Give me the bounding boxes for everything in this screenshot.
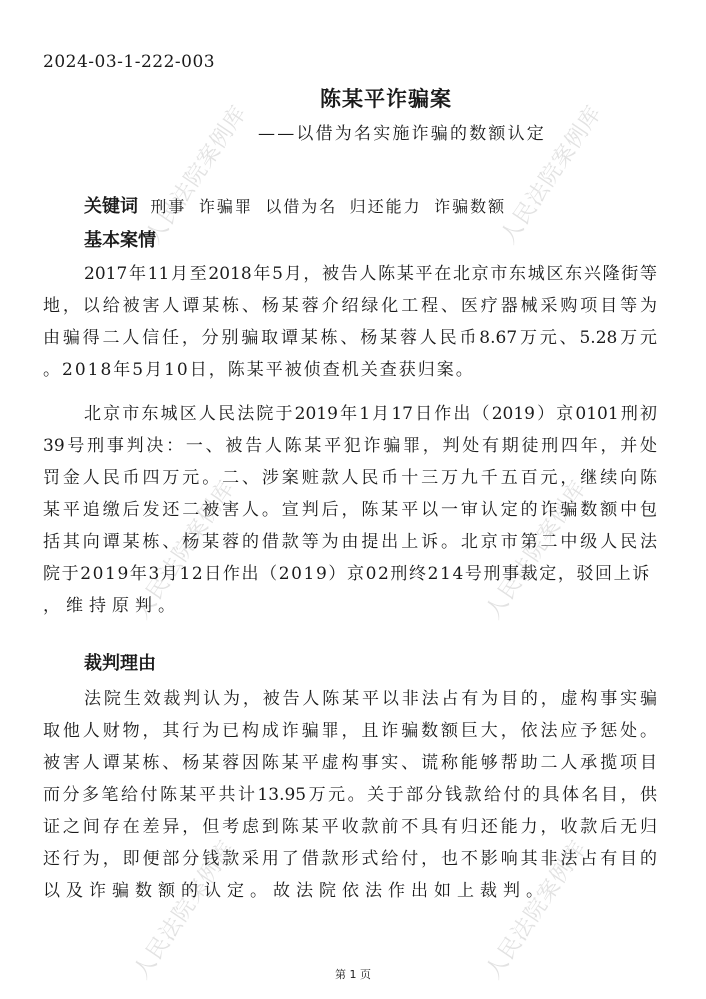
case-id: 2024-03-1-222-003 bbox=[43, 51, 215, 73]
paragraph-line: 某平追缴后发还二被害人。宣判后，陈某平以一审认定的诈骗数额中包 bbox=[43, 499, 657, 521]
keyword: 归还能力 bbox=[350, 197, 422, 216]
paragraph-line: 2017年11月至2018年5月，被告人陈某平在北京市东城区东兴隆街等 bbox=[84, 263, 657, 285]
paragraph-line: 括其向谭某栋、杨某蓉的借款等为由提出上诉。北京市第二中级人民法 bbox=[43, 531, 657, 553]
paragraph-line: 以及诈骗数额的认定。故法院依法作出如上裁判。 bbox=[43, 880, 657, 902]
keyword: 刑事 bbox=[150, 197, 186, 216]
page-number: 第 1 页 bbox=[0, 964, 706, 986]
paragraph-line: 被害人谭某栋、杨某蓉因陈某平虚构事实、谎称能够帮助二人承揽项目 bbox=[43, 752, 657, 774]
section-heading: 裁判理由 bbox=[84, 653, 156, 675]
keywords-label: 关键词 bbox=[84, 196, 138, 217]
paragraph-line: 由骗得二人信任，分别骗取谭某栋、杨某蓉人民币8.67万元、5.28万元 bbox=[43, 327, 657, 349]
paragraph-line: 还行为，即便部分钱款采用了借款形式给付，也不影响其非法占有目的 bbox=[43, 848, 657, 870]
keyword: 以借为名 bbox=[265, 197, 337, 216]
watermark: 人民法院案例库 bbox=[137, 98, 253, 249]
paragraph-line: 北京市东城区人民法院于2019年1月17日作出（2019）京0101刑初 bbox=[84, 403, 657, 425]
paragraph-line: 39号刑事判决：一、被告人陈某平犯诈骗罪，判处有期徒刑四年，并处 bbox=[43, 435, 657, 457]
document-page: 人民法院案例库 人民法院案例库 人民法院案例库 人民法院案例库 人民法院案例库 … bbox=[0, 0, 706, 999]
paragraph-line: ，维持原判。 bbox=[43, 595, 657, 617]
keyword: 诈骗罪 bbox=[199, 197, 253, 216]
keywords-row: 关键词 刑事 诈骗罪 以借为名 归还能力 诈骗数额 bbox=[84, 196, 506, 218]
section-heading: 基本案情 bbox=[84, 230, 156, 252]
paragraph-line: 。2018年5月10日，陈某平被侦查机关查获归案。 bbox=[43, 359, 657, 381]
paragraph-line: 院于2019年3月12日作出（2019）京02刑终214号刑事裁定，驳回上诉 bbox=[43, 563, 657, 585]
paragraph-line: 而分多笔给付陈某平共计13.95万元。关于部分钱款给付的具体名目，供 bbox=[43, 784, 657, 806]
page-title: 陈某平诈骗案 bbox=[0, 88, 706, 110]
keyword: 诈骗数额 bbox=[434, 197, 506, 216]
paragraph-line: 法院生效裁判认为，被告人陈某平以非法占有为目的，虚构事实骗 bbox=[84, 688, 657, 710]
paragraph-line: 取他人财物，其行为已构成诈骗罪，且诈骗数额巨大，依法应予惩处。 bbox=[43, 720, 657, 742]
paragraph-line: 地，以给被害人谭某栋、杨某蓉介绍绿化工程、医疗器械采购项目等为 bbox=[43, 295, 657, 317]
page-subtitle: ——以借为名实施诈骗的数额认定 bbox=[258, 123, 546, 145]
watermark: 人民法院案例库 bbox=[492, 98, 608, 249]
paragraph-line: 证之间存在差异，但考虑到陈某平收款前不具有归还能力，收款后无归 bbox=[43, 816, 657, 838]
paragraph-line: 罚金人民币四万元。二、涉案赃款人民币十三万九千五百元，继续向陈 bbox=[43, 467, 657, 489]
